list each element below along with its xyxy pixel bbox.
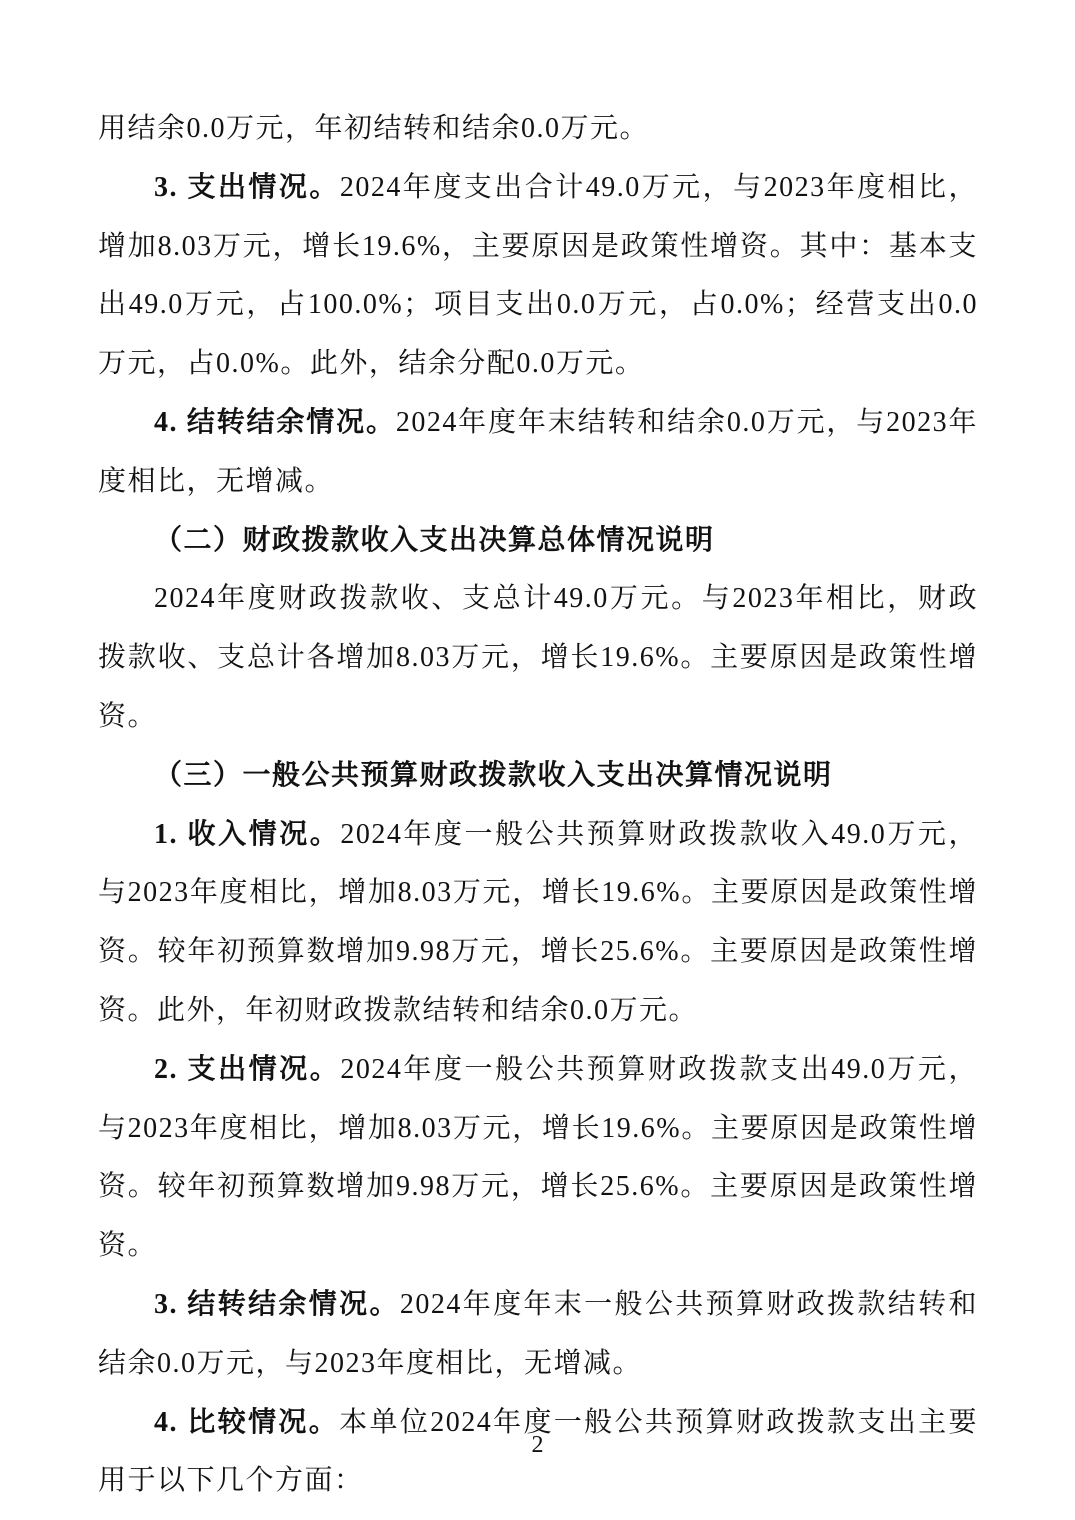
paragraph-carryforward-situation: 3. 结转结余情况。2024年度年末一般公共预算财政拨款结转和结余0.0万元，与… [98,1276,978,1394]
paragraph-text: 用结余0.0万元，年初结转和结余0.0万元。 [98,113,649,144]
paragraph-carryover: 用结余0.0万元，年初结转和结余0.0万元。 [98,100,978,159]
document-body: 用结余0.0万元，年初结转和结余0.0万元。 3. 支出情况。2024年度支出合… [98,100,978,1511]
section-heading-two: （二）财政拨款收入支出决算总体情况说明 [98,512,978,571]
document-page: 用结余0.0万元，年初结转和结余0.0万元。 3. 支出情况。2024年度支出合… [0,0,1075,1520]
paragraph-carryforward-overall: 4. 结转结余情况。2024年度年末结转和结余0.0万元，与2023年度相比，无… [98,394,978,512]
paragraph-lead: 2. 支出情况。 [154,1054,340,1085]
paragraph-lead: 3. 支出情况。 [154,172,340,203]
paragraph-fiscal-appropriation-summary: 2024年度财政拨款收、支总计49.0万元。与2023年相比，财政拨款收、支总计… [98,570,978,746]
paragraph-income-situation: 1. 收入情况。2024年度一般公共预算财政拨款收入49.0万元，与2023年度… [98,806,978,1041]
paragraph-expenditure-situation: 2. 支出情况。2024年度一般公共预算财政拨款支出49.0万元，与2023年度… [98,1041,978,1276]
heading-text: （二）财政拨款收入支出决算总体情况说明 [154,525,715,556]
paragraph-lead: 3. 结转结余情况。 [154,1289,400,1320]
heading-text: （三）一般公共预算财政拨款收入支出决算情况说明 [154,760,833,791]
paragraph-expenditure-overall: 3. 支出情况。2024年度支出合计49.0万元，与2023年度相比，增加8.0… [98,159,978,394]
paragraph-text: 2024年度财政拨款收、支总计49.0万元。与2023年相比，财政拨款收、支总计… [98,583,978,732]
paragraph-lead: 1. 收入情况。 [154,819,340,850]
page-number: 2 [0,1432,1075,1459]
section-heading-three: （三）一般公共预算财政拨款收入支出决算情况说明 [98,747,978,806]
paragraph-lead: 4. 结转结余情况。 [154,407,396,438]
